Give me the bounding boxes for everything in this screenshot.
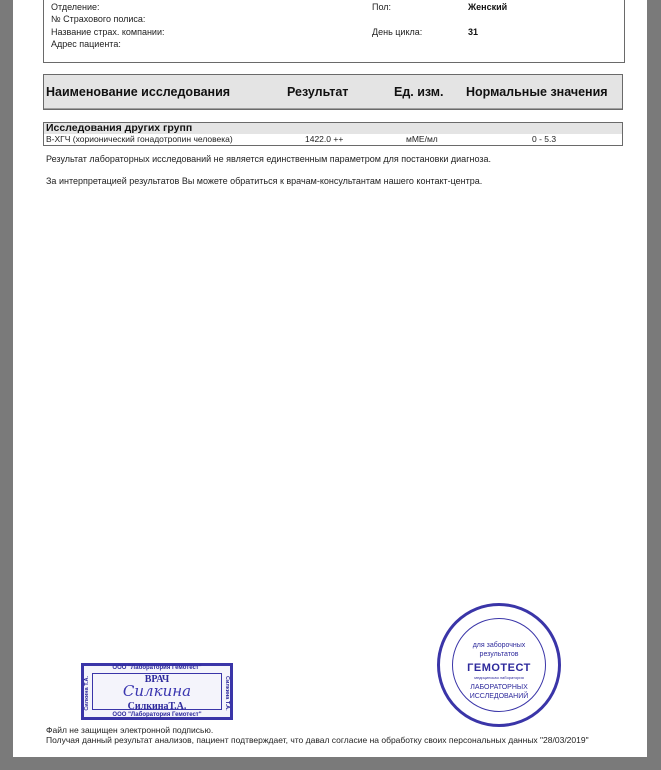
round-stamp-line3: ЛАБОРАТОРНЫХ	[440, 684, 558, 691]
header-normal-values: Нормальные значения	[466, 85, 608, 99]
round-stamp-line1: для заборочных	[440, 642, 558, 649]
stamp-doctor-name: СилкинаТ.А.	[84, 701, 230, 712]
header-test-name: Наименование исследования	[46, 85, 230, 99]
stamp-org-top: ООО "Лаборатория Гемотест"	[84, 665, 230, 671]
stamp-side-right: Силкина Т.А.	[224, 676, 230, 711]
doctor-signature: Силкина	[84, 682, 230, 700]
document-page: Отделение: № Страхового полиса: Название…	[13, 0, 647, 757]
sex-label: Пол:	[372, 2, 391, 12]
contact-center-note: За интерпретацией результатов Вы можете …	[46, 176, 482, 186]
round-stamp-subline: медицинская лаборатория	[440, 675, 558, 680]
address-label: Адрес пациента:	[51, 39, 121, 49]
table-row: B-ХГЧ (хорионический гонадотропин челове…	[43, 134, 623, 146]
cycle-day-value: 31	[468, 27, 478, 37]
doctor-stamp: ООО "Лаборатория Гемотест" ВРАЧ Силкина …	[81, 663, 233, 720]
sex-value: Женский	[468, 2, 507, 12]
stamp-side-left: Силкина Т.А.	[84, 676, 90, 711]
cell-normal: 0 - 5.3	[532, 134, 556, 144]
cell-result: 1422.0 ++	[305, 134, 343, 144]
insurance-company-label: Название страх. компании:	[51, 27, 165, 37]
footer-consent-note: Получая данный результат анализов, пацие…	[46, 735, 589, 745]
round-stamp-line2: результатов	[440, 651, 558, 658]
department-label: Отделение:	[51, 2, 100, 12]
round-stamp-line4: ИССЛЕДОВАНИЙ	[440, 693, 558, 700]
header-result: Результат	[287, 85, 348, 99]
cell-unit: мМЕ/мл	[406, 134, 438, 144]
group-title: Исследования других групп	[46, 122, 192, 134]
header-unit: Ед. изм.	[394, 85, 444, 99]
disclaimer-note: Результат лабораторных исследований не я…	[46, 154, 491, 164]
cycle-day-label: День цикла:	[372, 27, 422, 37]
lab-round-stamp: для заборочных результатов ГЕМОТЕСТ меди…	[437, 603, 561, 727]
round-stamp-brand: ГЕМОТЕСТ	[440, 662, 558, 674]
stamp-org-bottom: ООО "Лаборатория Гемотест"	[84, 712, 230, 718]
results-table-header: Наименование исследования Результат Ед. …	[43, 74, 623, 110]
policy-label: № Страхового полиса:	[51, 14, 145, 24]
cell-test-name: B-ХГЧ (хорионический гонадотропин челове…	[46, 134, 233, 144]
footer-signature-note: Файл не защищен электронной подписью.	[46, 725, 213, 735]
